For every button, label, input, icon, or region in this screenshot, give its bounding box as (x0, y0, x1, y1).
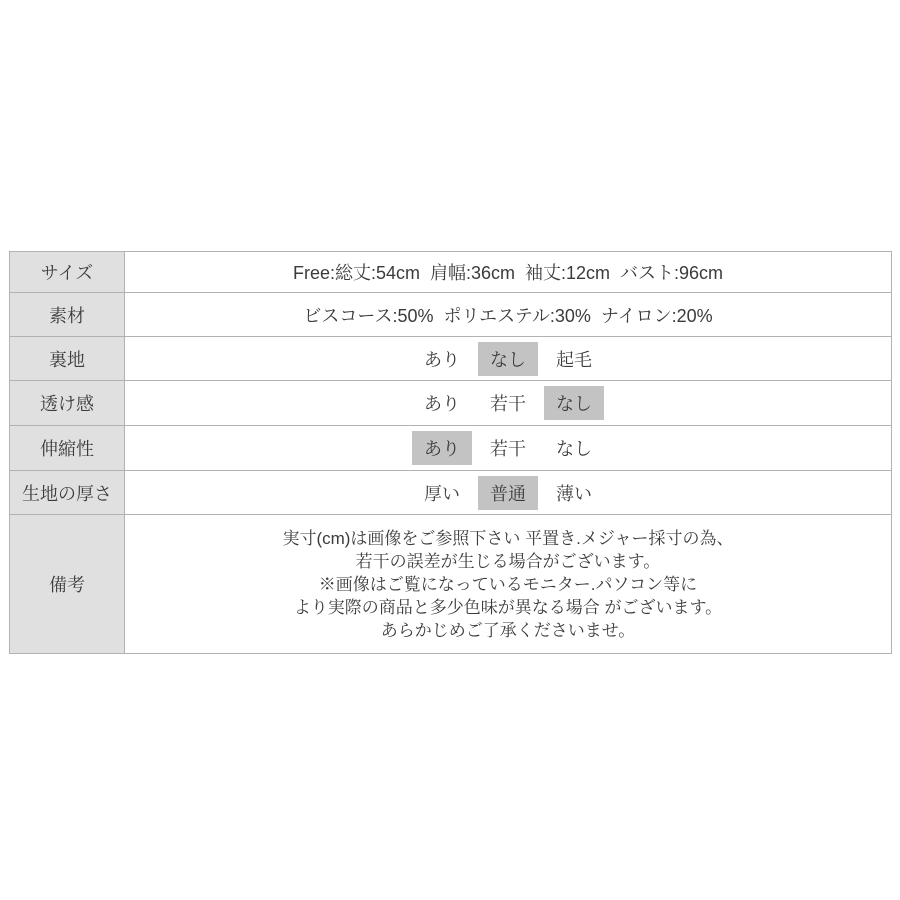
product-spec-table: サイズ Free:総丈:54cm 肩幅:36cm 袖丈:12cm バスト:96c… (9, 251, 892, 654)
sheerness-option-ari: あり (412, 386, 472, 420)
material-value: ビスコース:50% ポリエステル:30% ナイロン:20% (125, 293, 891, 336)
material-row-label: 素材 (10, 293, 125, 336)
lining-options: あり なし 起毛 (125, 337, 891, 380)
table-row-size: サイズ Free:総丈:54cm 肩幅:36cm 袖丈:12cm バスト:96c… (10, 252, 891, 293)
table-row-sheerness: 透け感 あり 若干 なし (10, 381, 891, 426)
table-row-lining: 裏地 あり なし 起毛 (10, 337, 891, 381)
stretch-options: あり 若干 なし (125, 426, 891, 470)
stretch-option-nashi: なし (544, 431, 604, 465)
size-value: Free:総丈:54cm 肩幅:36cm 袖丈:12cm バスト:96cm (125, 252, 891, 292)
notes-line: 若干の誤差が生じる場合がございます。 (356, 550, 661, 573)
notes-text: 実寸(cm)は画像をご参照下さい 平置き.メジャー採寸の為、 若干の誤差が生じる… (125, 515, 891, 653)
sheerness-row-label: 透け感 (10, 381, 125, 425)
table-row-material: 素材 ビスコース:50% ポリエステル:30% ナイロン:20% (10, 293, 891, 337)
table-row-stretch: 伸縮性 あり 若干 なし (10, 426, 891, 471)
sheerness-option-nashi: なし (544, 386, 604, 420)
stretch-option-ari: あり (412, 431, 472, 465)
stretch-row-label: 伸縮性 (10, 426, 125, 470)
thickness-options: 厚い 普通 薄い (125, 471, 891, 514)
thickness-option-futsuu: 普通 (478, 476, 538, 510)
notes-line: 実寸(cm)は画像をご参照下さい 平置き.メジャー採寸の為、 (282, 527, 733, 550)
thickness-option-atsui: 厚い (412, 476, 472, 510)
notes-line: より実際の商品と多少色味が異なる場合 がございます。 (294, 596, 722, 619)
lining-row-label: 裏地 (10, 337, 125, 380)
sheerness-options: あり 若干 なし (125, 381, 891, 425)
thickness-row-label: 生地の厚さ (10, 471, 125, 514)
table-row-thickness: 生地の厚さ 厚い 普通 薄い (10, 471, 891, 515)
notes-line: あらかじめご了承くださいませ。 (381, 619, 636, 642)
notes-row-label: 備考 (10, 515, 125, 653)
table-row-notes: 備考 実寸(cm)は画像をご参照下さい 平置き.メジャー採寸の為、 若干の誤差が… (10, 515, 891, 653)
lining-option-kimo: 起毛 (544, 342, 604, 376)
notes-line: ※画像はご覧になっているモニター.パソコン等に (319, 573, 697, 596)
thickness-option-usui: 薄い (544, 476, 604, 510)
lining-option-nashi: なし (478, 342, 538, 376)
lining-option-ari: あり (412, 342, 472, 376)
size-row-label: サイズ (10, 252, 125, 292)
sheerness-option-jakkan: 若干 (478, 386, 538, 420)
stretch-option-jakkan: 若干 (478, 431, 538, 465)
